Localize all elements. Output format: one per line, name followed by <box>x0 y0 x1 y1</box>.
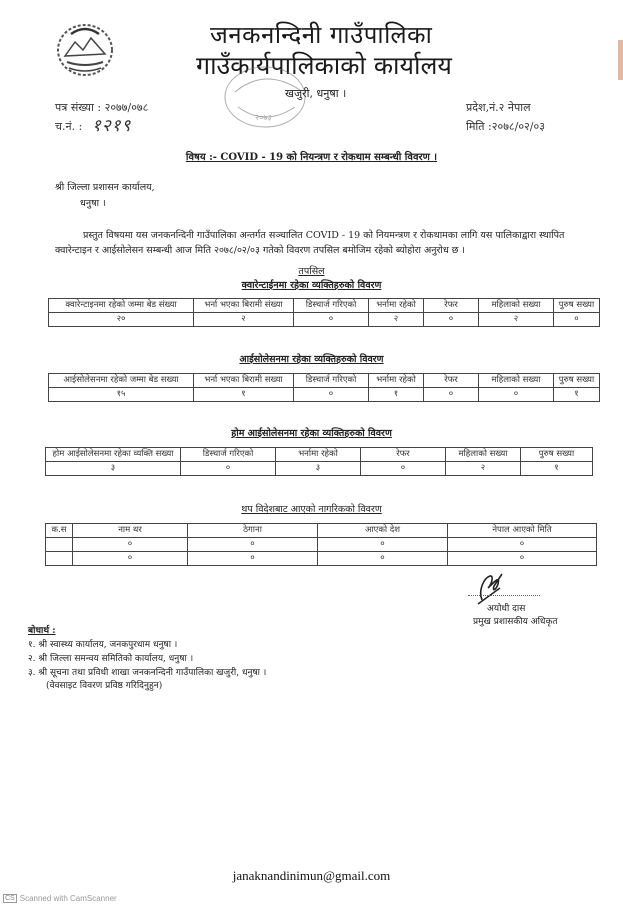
table-header-cell: डिस्चार्ज गरिएको <box>294 299 369 313</box>
table-row: ० ० ० ० <box>46 538 597 552</box>
table-cell: २ <box>479 313 554 327</box>
office-title-line1: जनकनन्दिनी गाउँपालिका <box>210 18 432 51</box>
table-header-cell: डिस्चार्ज गरिएको <box>181 448 276 462</box>
table-cell: ० <box>73 552 188 566</box>
cc-item: ३. श्री सूचना तथा प्रविधी शाखा जनकनन्दिन… <box>28 665 266 678</box>
table-cell: ० <box>188 538 318 552</box>
cc-item: १. श्री स्वास्थ्य कार्यालय, जनकपुरधाम धन… <box>28 637 177 650</box>
table-cell: ० <box>361 462 446 476</box>
table-cell: ० <box>448 538 597 552</box>
signature-line <box>468 595 540 596</box>
camscanner-text: Scanned with CamScanner <box>20 894 117 903</box>
dispatch-number-label: च.नं. : <box>55 119 82 134</box>
table-header-cell: रेफर <box>361 448 446 462</box>
subject-line: विषय :- COVID - 19 को नियन्त्रण र रोकथाम… <box>0 149 623 163</box>
home-isolation-table-title: होम आईसोलेसनमा रहेका व्यक्तिहरुको विवरण <box>0 426 623 439</box>
office-stamp-icon: २०७३ <box>220 62 315 132</box>
table-header-row: आईसोलेसनमा रहेको जम्मा बेड सख्या भर्ना भ… <box>49 374 600 388</box>
table-header-cell: भर्ना भएका बिरामी संख्या <box>194 299 294 313</box>
nepal-emblem-icon <box>55 22 115 78</box>
table-header-cell: भर्ना भएका बिरामी सख्या <box>194 374 294 388</box>
isolation-table: आईसोलेसनमा रहेको जम्मा बेड सख्या भर्ना भ… <box>48 373 600 402</box>
cc-label: बोधार्थ : <box>28 623 56 636</box>
table-header-cell: महिलाको सख्या <box>479 374 554 388</box>
camscanner-logo-icon: CS <box>3 894 17 903</box>
quarantine-table: क्वारेन्टाइनमा रहेको जम्मा बेड संख्या भर… <box>48 298 600 327</box>
recipient-district: धनुषा । <box>80 196 106 209</box>
table-header-cell: होम आईसोलेसनमा रहेका व्यक्ति सख्या <box>46 448 181 462</box>
table-cell: २ <box>194 313 294 327</box>
table-header-cell: क्वारेन्टाइनमा रहेको जम्मा बेड संख्या <box>49 299 194 313</box>
cc-note: (वेवसाइट विवरण प्रविष्ठ गरिदिनुहुन) <box>46 678 162 691</box>
scan-edge-artifact <box>618 40 623 80</box>
table-header-cell: क.स <box>46 524 73 538</box>
dispatch-number-value: १२१९ <box>92 113 131 136</box>
table-header-row: क्वारेन्टाइनमा रहेको जम्मा बेड संख्या भर… <box>49 299 600 313</box>
table-cell: ३ <box>46 462 181 476</box>
table-cell: १ <box>521 462 593 476</box>
table-header-cell: महिलाको सख्या <box>479 299 554 313</box>
letter-date: मिति :२०७८/०२/०३ <box>466 119 545 134</box>
recipient-office: श्री जिल्ला प्रशासन कार्यालय, <box>55 180 155 193</box>
table-cell: १ <box>554 388 600 402</box>
table-row: ३ ० ३ ० २ १ <box>46 462 593 476</box>
signatory-name: अयोधी दास <box>487 601 525 614</box>
table-cell: २ <box>369 313 424 327</box>
signature-icon <box>470 570 530 605</box>
table-cell: ० <box>188 552 318 566</box>
foreign-returnees-table-title: थप विदेशबाट आएको नागरिकको विवरण <box>0 502 623 515</box>
table-cell: ० <box>318 538 448 552</box>
table-header-cell: भर्नामा रहेको <box>369 374 424 388</box>
table-cell: ० <box>294 388 369 402</box>
table-cell <box>46 538 73 552</box>
table-header-cell: नेपाल आएको मिति <box>448 524 597 538</box>
table-header-row: होम आईसोलेसनमा रहेका व्यक्ति सख्या डिस्च… <box>46 448 593 462</box>
isolation-table-title: आईसोलेसनमा रहेका व्यक्तिहरुको विवरण <box>0 352 623 365</box>
province: प्रदेश,नं.२ नेपाल <box>466 100 531 115</box>
table-header-cell: महिलाको सख्या <box>446 448 521 462</box>
table-header-cell: पुरुष सख्या <box>521 448 593 462</box>
quarantine-table-title: क्वारेन्टाईनमा रहेका व्यक्तिहरुको विवरण <box>0 278 623 291</box>
table-row: ० ० ० ० <box>46 552 597 566</box>
table-header-cell: डिस्चार्ज गरिएको <box>294 374 369 388</box>
table-header-cell: भर्नामा रहेको <box>276 448 361 462</box>
table-header-cell: पुरुष सख्या <box>554 374 600 388</box>
table-row: २० २ ० २ ० २ ० <box>49 313 600 327</box>
office-email: janaknandinimun@gmail.com <box>0 868 623 884</box>
table-cell <box>46 552 73 566</box>
table-cell: ० <box>479 388 554 402</box>
table-cell: ० <box>73 538 188 552</box>
foreign-returnees-table: क.स नाम थर ठेगाना आएको देश नेपाल आएको मि… <box>45 523 597 566</box>
table-row: १५ १ ० १ ० ० १ <box>49 388 600 402</box>
table-header-cell: आईसोलेसनमा रहेको जम्मा बेड सख्या <box>49 374 194 388</box>
table-cell: ० <box>181 462 276 476</box>
table-header-cell: पुरुष सख्या <box>554 299 600 313</box>
table-cell: १ <box>194 388 294 402</box>
table-cell: ० <box>448 552 597 566</box>
table-cell: ० <box>424 388 479 402</box>
table-cell: ० <box>424 313 479 327</box>
cc-item: २. श्री जिल्ला समन्वय समितिको कार्यालय, … <box>28 651 193 664</box>
table-header-cell: नाम थर <box>73 524 188 538</box>
table-header-cell: ठेगाना <box>188 524 318 538</box>
table-cell: ० <box>318 552 448 566</box>
svg-text:२०७३: २०७३ <box>255 113 272 122</box>
table-cell: ० <box>294 313 369 327</box>
table-cell: १५ <box>49 388 194 402</box>
body-paragraph: प्रस्तुत विषयमा यस जनकनन्दिनी गाउँपालिका… <box>55 228 575 258</box>
signatory-designation: प्रमुख प्रशासकीय अधिकृत <box>473 614 558 627</box>
table-cell: ३ <box>276 462 361 476</box>
table-header-cell: रेफर <box>424 374 479 388</box>
home-isolation-table: होम आईसोलेसनमा रहेका व्यक्ति सख्या डिस्च… <box>45 447 593 476</box>
table-header-cell: भर्नामा रहेको <box>369 299 424 313</box>
table-cell: ० <box>554 313 600 327</box>
appendix-label: तपसिल <box>0 264 623 277</box>
table-header-cell: रेफर <box>424 299 479 313</box>
table-cell: २ <box>446 462 521 476</box>
table-header-row: क.स नाम थर ठेगाना आएको देश नेपाल आएको मि… <box>46 524 597 538</box>
camscanner-watermark: CS Scanned with CamScanner <box>3 894 117 903</box>
table-header-cell: आएको देश <box>318 524 448 538</box>
table-cell: १ <box>369 388 424 402</box>
table-cell: २० <box>49 313 194 327</box>
